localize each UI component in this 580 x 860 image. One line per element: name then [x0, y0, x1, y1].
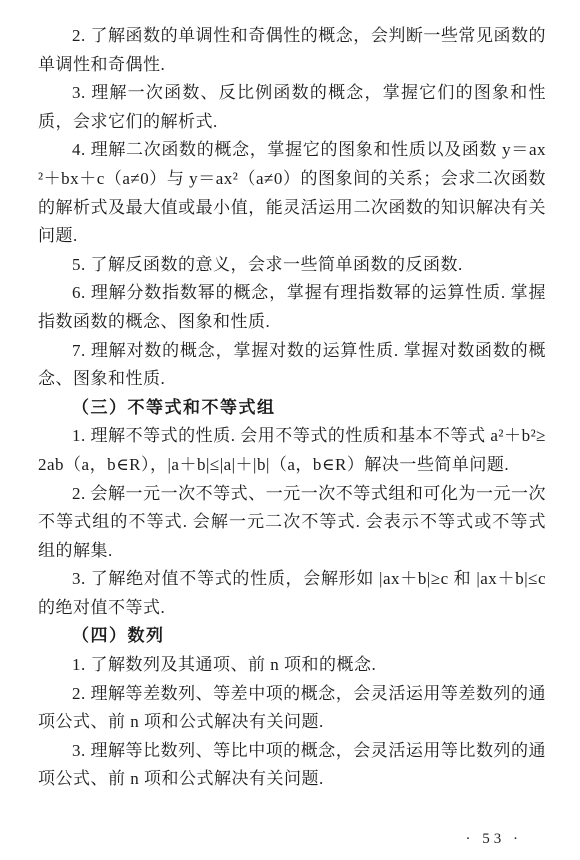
section-heading-inequalities: （三）不等式和不等式组	[38, 394, 546, 423]
paragraph-linear-inverse-proportion: 3. 理解一次函数、反比例函数的概念，掌握它们的图象和性质，会求它们的解析式.	[38, 79, 546, 136]
document-page: 2. 了解函数的单调性和奇偶性的概念，会判断一些常见函数的单调性和奇偶性. 3.…	[0, 0, 580, 860]
paragraph-exponents: 6. 理解分数指数幂的概念，掌握有理指数幂的运算性质. 掌握指数函数的概念、图象…	[38, 279, 546, 336]
paragraph-inequality-properties: 1. 理解不等式的性质. 会用不等式的性质和基本不等式 a²＋b²≥2ab（a，…	[38, 422, 546, 479]
paragraph-sequence-concepts: 1. 了解数列及其通项、前 n 项和的概念.	[38, 651, 546, 680]
page-number: · 53 ·	[466, 831, 523, 848]
paragraph-logarithms: 7. 理解对数的概念，掌握对数的运算性质. 掌握对数函数的概念、图象和性质.	[38, 337, 546, 394]
paragraph-solving-inequalities: 2. 会解一元一次不等式、一元一次不等式组和可化为一元一次不等式组的不等式. 会…	[38, 480, 546, 566]
paragraph-functions-monotonicity: 2. 了解函数的单调性和奇偶性的概念，会判断一些常见函数的单调性和奇偶性.	[38, 22, 546, 79]
paragraph-geometric-sequence: 3. 理解等比数列、等比中项的概念，会灵活运用等比数列的通项公式、前 n 项和公…	[38, 737, 546, 794]
paragraph-absolute-value-inequalities: 3. 了解绝对值不等式的性质，会解形如 |ax＋b|≥c 和 |ax＋b|≤c …	[38, 565, 546, 622]
section-heading-sequences: （四）数列	[38, 622, 546, 651]
body-text-block: 2. 了解函数的单调性和奇偶性的概念，会判断一些常见函数的单调性和奇偶性. 3.…	[38, 22, 546, 794]
paragraph-arithmetic-sequence: 2. 理解等差数列、等差中项的概念，会灵活运用等差数列的通项公式、前 n 项和公…	[38, 680, 546, 737]
paragraph-inverse-function: 5. 了解反函数的意义，会求一些简单函数的反函数.	[38, 251, 546, 280]
paragraph-quadratic-function: 4. 理解二次函数的概念，掌握它的图象和性质以及函数 y＝ax²＋bx＋c（a≠…	[38, 136, 546, 250]
